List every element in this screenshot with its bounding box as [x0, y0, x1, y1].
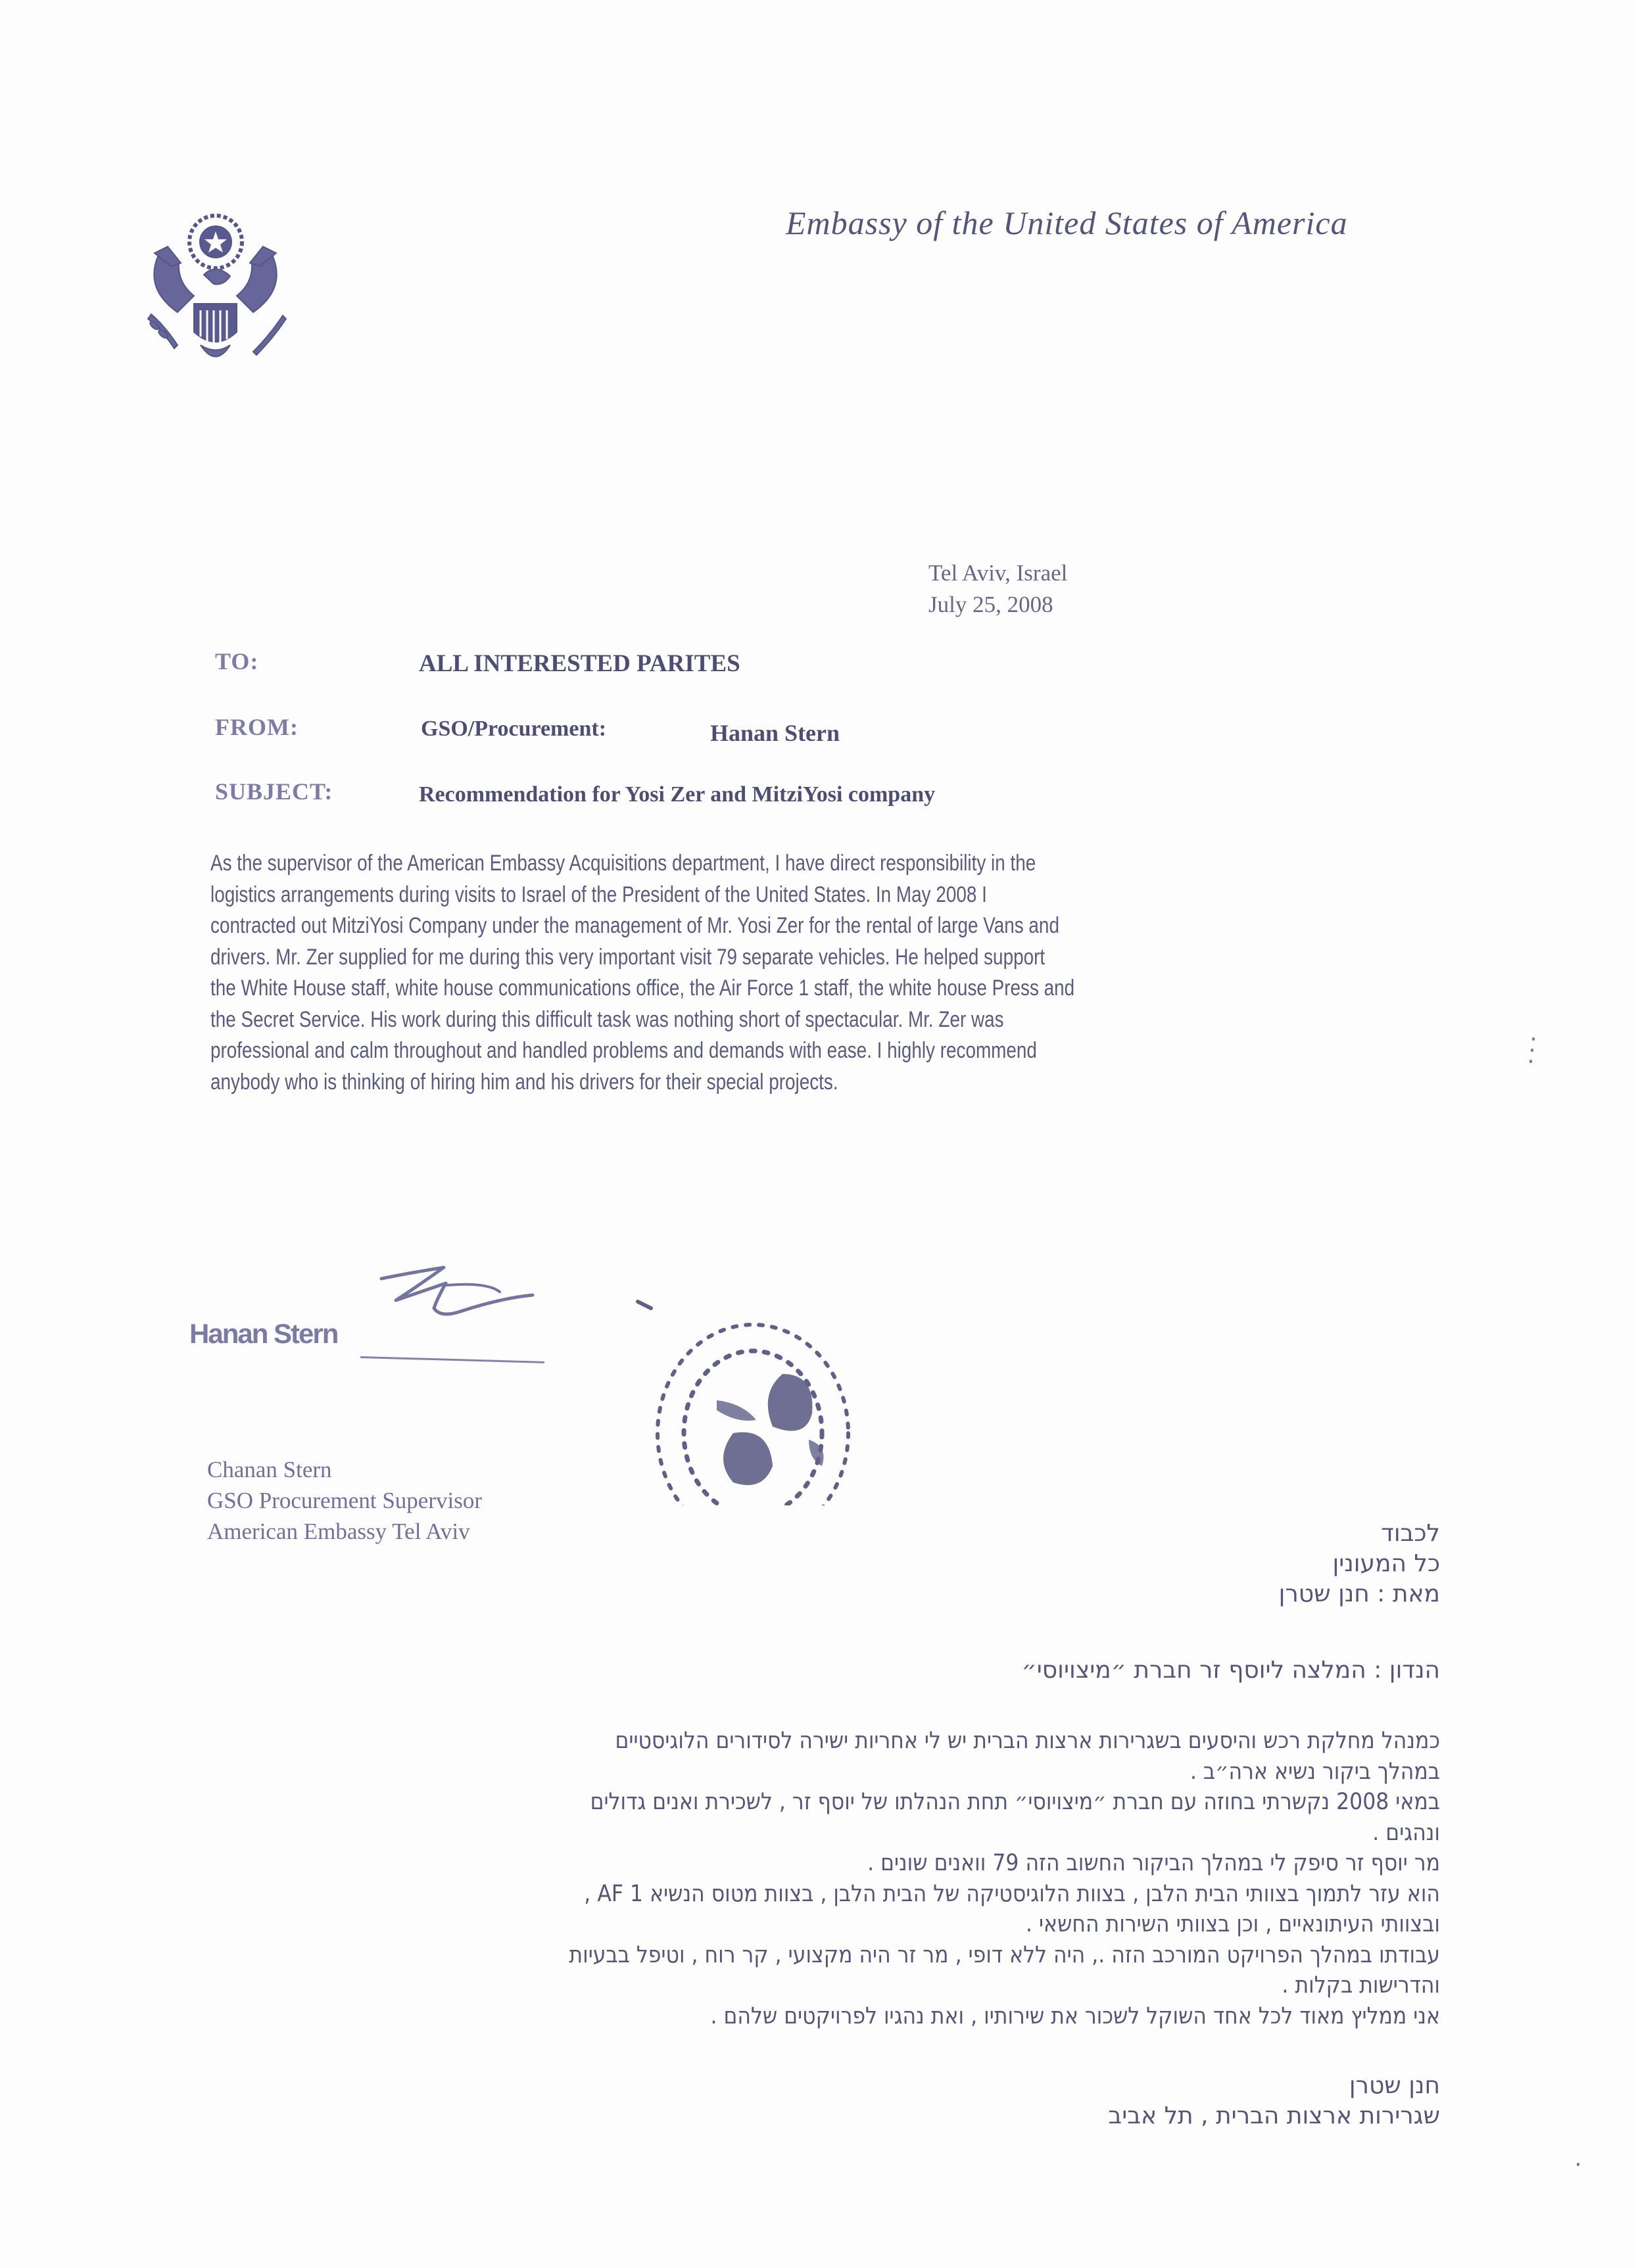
- hebrew-to-value: כל המעונין: [1279, 1549, 1440, 1579]
- scan-speck: [1577, 2163, 1579, 2166]
- hebrew-header: לכבוד כל המעונין מאת : חנן שטרן: [1279, 1519, 1440, 1609]
- hebrew-body-line: במהלך ביקור נשיא ארה״ב .: [351, 1757, 1440, 1787]
- body-line: logistics arrangements during visits to …: [210, 880, 1224, 911]
- scan-speck: [1531, 1049, 1533, 1052]
- body-line: the White House staff, white house commu…: [210, 973, 1224, 1004]
- signature-block: Chanan Stern GSO Procurement Supervisor …: [207, 1454, 482, 1547]
- to-value: ALL INTERESTED PARITES: [419, 650, 740, 678]
- hebrew-body-line: ונהגים .: [351, 1818, 1440, 1849]
- hebrew-signer-name: חנן שטרן: [1108, 2071, 1440, 2101]
- hebrew-to-label: לכבוד: [1279, 1519, 1440, 1549]
- hebrew-from: מאת : חנן שטרן: [1279, 1579, 1440, 1609]
- place-date: Tel Aviv, Israel July 25, 2008: [928, 557, 1067, 621]
- body-line: the Secret Service. His work during this…: [210, 1004, 1224, 1036]
- signer-title: GSO Procurement Supervisor: [207, 1485, 482, 1516]
- signer-name: Chanan Stern: [207, 1454, 482, 1485]
- hebrew-subject: הנדון : המלצה ליוסף זר חברת ״מיצויוסי״: [1022, 1657, 1440, 1684]
- letterhead-title: Embassy of the United States of America: [786, 204, 1348, 242]
- body-line: contracted out MitziYosi Company under t…: [210, 910, 1224, 942]
- body-line: professional and calm throughout and han…: [210, 1035, 1224, 1067]
- hebrew-body-line: עבודתו במהלך הפרויקט המורכב הזה ., היה ל…: [351, 1940, 1440, 1971]
- hebrew-body-line: ובצוותי העיתונאיים , וכן בצוותי השירות ה…: [351, 1909, 1440, 1940]
- hebrew-footer: חנן שטרן שגרירות ארצות הברית , תל אביב: [1108, 2071, 1440, 2131]
- hebrew-body-line: אני ממליץ מאוד לכל אחד השוקל לשכור את שי…: [351, 2001, 1440, 2032]
- from-dept: GSO/Procurement:: [421, 717, 606, 742]
- printed-signature-name: Hanan Stern: [189, 1318, 337, 1350]
- body-line: anybody who is thinking of hiring him an…: [210, 1067, 1224, 1099]
- subject-label: SUBJECT:: [215, 778, 333, 805]
- to-label: TO:: [215, 648, 258, 675]
- body-line: drivers. Mr. Zer supplied for me during …: [210, 942, 1224, 974]
- hebrew-body-line: מר יוסף זר סיפק לי במהלך הביקור החשוב הז…: [351, 1848, 1440, 1879]
- scan-speck: [1529, 1060, 1532, 1063]
- from-name: Hanan Stern: [710, 719, 840, 747]
- body-english: As the supervisor of the American Embass…: [210, 848, 1447, 1098]
- handwritten-signature-icon: [368, 1262, 579, 1354]
- subject-value: Recommendation for Yosi Zer and MitziYos…: [419, 782, 935, 807]
- hebrew-body-line: והדרישות בקלות .: [351, 1970, 1440, 2001]
- hebrew-body: כמנהל מחלקת רכש והיסעים בשגרירות ארצות ה…: [230, 1726, 1440, 2031]
- hebrew-signer-org: שגרירות ארצות הברית , תל אביב: [1108, 2101, 1440, 2131]
- hebrew-body-line: במאי 2008 נקשרתי בחוזה עם חברת ״מיצויוסי…: [351, 1787, 1440, 1818]
- official-stamp-icon: [612, 1282, 875, 1505]
- date: July 25, 2008: [928, 589, 1067, 621]
- great-seal-eagle-icon: [132, 197, 296, 371]
- hebrew-body-line: כמנהל מחלקת רכש והיסעים בשגרירות ארצות ה…: [351, 1726, 1440, 1757]
- body-line: As the supervisor of the American Embass…: [210, 848, 1224, 880]
- signer-org: American Embassy Tel Aviv: [207, 1516, 482, 1547]
- scan-speck: [1532, 1037, 1535, 1041]
- from-label: FROM:: [215, 713, 299, 741]
- place: Tel Aviv, Israel: [928, 557, 1067, 589]
- signature-line: [360, 1356, 544, 1363]
- hebrew-body-line: הוא עזר לתמוך בצוותי הבית הלבן , בצוות ה…: [351, 1879, 1440, 1910]
